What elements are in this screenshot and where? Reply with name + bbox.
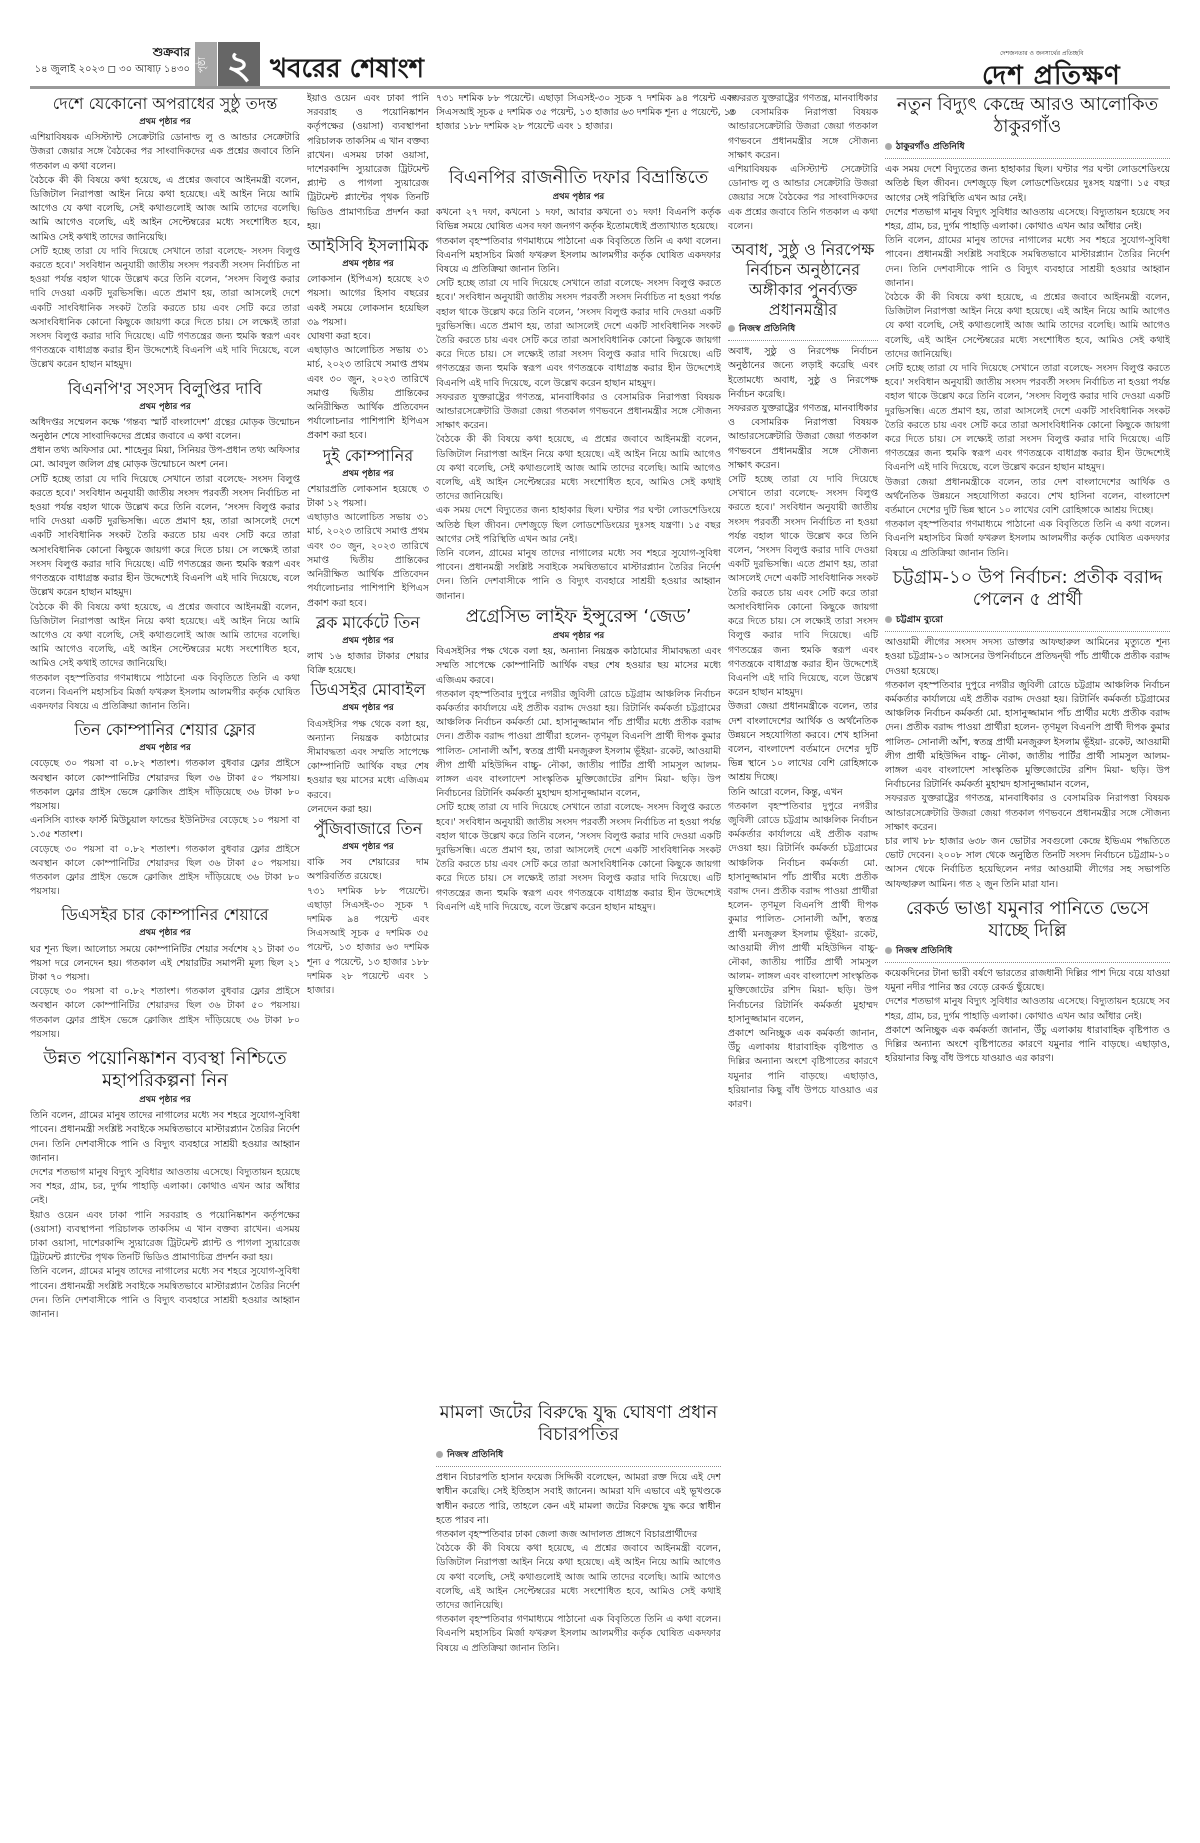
paragraph: সেটি হচ্ছে তারা যে দাবি দিয়েছে সেখানে ত… xyxy=(728,473,878,700)
bullet-icon xyxy=(885,143,892,150)
continued-label: প্রথম পৃষ্ঠার পর xyxy=(307,701,429,715)
issue-date: ১৪ জুলাই ২০২৩ ◻ ৩০ আষাঢ় ১৪৩০ xyxy=(35,62,190,79)
column-5: নতুন বিদ্যুৎ কেন্দ্রে আরও আলোকিত ঠাকুরগা… xyxy=(885,92,1170,1837)
issue-day: শুক্রবার xyxy=(153,44,190,64)
paragraph: লেনদেন করা হয়। xyxy=(307,803,429,817)
column-4: সফররত যুক্তরাষ্ট্রের গণতন্ত্র, মানবাধিকা… xyxy=(728,92,878,1837)
headline: তিন কোম্পানির শেয়ার ফ্লোর xyxy=(30,720,300,740)
paragraph: গতকাল বৃহস্পতিবার দুপুরে নগরীর জুবিলী রো… xyxy=(436,688,721,802)
paragraph: উজরা জেয়া প্রধানমন্ত্রীকে বলেন, তার দেশ… xyxy=(728,700,878,785)
headline-dse-mobile: ডিএসইর মোবাইল xyxy=(307,680,429,700)
continued-label: প্রথম পৃষ্ঠার পর xyxy=(30,741,300,755)
market-index-column: ৭৩১ দশমিক ৮৮ পয়েন্টে। এছাড়া সিএসই-৩০ স… xyxy=(436,92,736,162)
article-three-company-floor: তিন কোম্পানির শেয়ার ফ্লোর প্রথম পৃষ্ঠার… xyxy=(30,720,300,899)
headline-fair-election: অবাধ, সুষ্ঠু ও নিরপেক্ষ নির্বাচন অনুষ্ঠা… xyxy=(728,240,878,320)
paragraph: কখনো ২৭ দফা, কখনো ১ দফা, আবার কখনো ৩১ দফ… xyxy=(436,206,721,234)
paragraph: তিনি বলেন, গ্রামের মানুষ তাদের নাগালের ম… xyxy=(885,234,1170,291)
paragraph: শেয়ারপ্রতি লোকসান হয়েছে ৩ টাকা ১২ পয়স… xyxy=(307,483,429,511)
paragraph: ইয়াও ওয়েন এবং ঢাকা পানি সরবরাহ ও পয়োন… xyxy=(307,92,429,234)
headline: মামলা জটের বিরুদ্ধে যুদ্ধ ঘোষণা প্রধান ব… xyxy=(436,1402,721,1446)
headline: চট্টগ্রাম-১০ উপ নির্বাচন: প্রতীক বরাদ্দ … xyxy=(885,567,1170,611)
byline: নিজস্ব প্রতিনিধি xyxy=(885,944,1170,963)
byline: নিজস্ব প্রতিনিধি xyxy=(436,1448,721,1467)
paragraph: প্রকাশে অনিচ্ছুক এক কর্মকর্তা জানান, উঁচ… xyxy=(885,1024,1170,1067)
paragraph: অধিদপ্তর সম্মেলন কক্ষে ‘গন্তব্য স্মার্ট … xyxy=(30,416,300,444)
headline-progressive-life: প্রগ্রেসিভ লাইফ ইন্সুরেন্স ‘জেড’ xyxy=(436,606,721,628)
page-number: ২ xyxy=(218,42,260,88)
paragraph: সেটি হচ্ছে তারা যে দাবি দিয়েছে সেখানে ত… xyxy=(885,362,1170,476)
byline: চট্টগ্রাম ব্যুরো xyxy=(885,613,1170,632)
paragraph: সফররত যুক্তরাষ্ট্রের গণতন্ত্র, মানবাধিকা… xyxy=(885,792,1170,835)
headline: রেকর্ড ভাঙা যমুনার পানিতে ভেসে যাচ্ছে দি… xyxy=(885,898,1170,942)
paragraph: প্রধান বিচারপতি হাসান ফয়েজ সিদ্দিকী বলে… xyxy=(436,1471,721,1528)
paragraph: প্রধান তথ্য অফিসার মো. শাহেনুর মিয়া, সি… xyxy=(30,444,300,472)
paragraph: সেটি হচ্ছে তারা যে দাবি দিয়েছে সেখানে ত… xyxy=(30,245,300,373)
byline: ঠাকুরগাঁও প্রতিনিধি xyxy=(885,140,1170,159)
paragraph: বিএসইসির পক্ষ থেকে বলা হয়, অন্যান্য নিয… xyxy=(436,645,721,688)
continued-label: প্রথম পৃষ্ঠার পর xyxy=(30,926,300,940)
continued-label: প্রথম পৃষ্ঠার পর xyxy=(30,115,300,129)
paragraph: বাকি সব শেয়ারের দাম অপরিবর্তিত রয়েছে। xyxy=(307,856,429,884)
continued-label: প্রথম পৃষ্ঠার পর xyxy=(307,257,429,271)
paragraph: এক সময় দেশে বিদ্যুতের জন্য হাহাকার ছিল।… xyxy=(436,504,721,547)
headline-bnp-politics: বিএনপির রাজনীতি দফার বিভ্রান্তিতে xyxy=(436,167,721,189)
paragraph: ঘর শূন্য ছিল। আলোচ্য সময়ে কোম্পানিটির শ… xyxy=(30,943,300,986)
paragraph: অবাধ, সুষ্ঠু ও নিরপেক্ষ নির্বাচন অনুষ্ঠা… xyxy=(728,345,878,402)
column-3: বিএনপির রাজনীতি দফার বিভ্রান্তিতে প্রথম … xyxy=(436,165,721,1415)
column-1: দেশে যেকোনো অপরাধের সুষ্ঠু তদন্ত প্রথম প… xyxy=(30,92,300,1837)
masthead: শুক্রবার ১৪ জুলাই ২০২৩ ◻ ৩০ আষাঢ় ১৪৩০ প… xyxy=(0,0,1200,88)
headline: উন্নত পয়োনিষ্কাশন ব্যবস্থা নিশ্চিতে মহা… xyxy=(30,1048,300,1092)
paragraph: আওয়ামী লীগের সংসদ সদস্য ডাক্তার আফছারুল… xyxy=(885,636,1170,679)
paragraph: এশিয়াবিষয়ক এসিস্ট্যান্ট সেক্রেটারি ডোন… xyxy=(30,131,300,174)
article-thakurgaon-power: নতুন বিদ্যুৎ কেন্দ্রে আরও আলোকিত ঠাকুরগা… xyxy=(885,94,1170,561)
masthead-rule xyxy=(30,86,1170,89)
paragraph: সফররত যুক্তরাষ্ট্রের গণতন্ত্র, মানবাধিকা… xyxy=(436,391,721,434)
paragraph: ৭৩১ দশমিক ৮৮ পয়েন্টে। এছাড়া সিএসই-৩০ স… xyxy=(436,92,736,135)
paragraph: লোকসান (ইপিএস) হয়েছে ২৩ পয়সা। আগের হিস… xyxy=(307,273,429,330)
article-dse-four-company: ডিএসইর চার কোম্পানির শেয়ারে প্রথম পৃষ্ঠ… xyxy=(30,905,300,1042)
continued-label: প্রথম পৃষ্ঠার পর xyxy=(307,467,429,481)
paragraph: তিনি বলেন, গ্রামের মানুষ তাদের নাগালের ম… xyxy=(30,1265,300,1322)
paragraph: দেশের শতভাগ মানুষ বিদ্যুৎ সুবিধার আওতায়… xyxy=(30,1166,300,1209)
paragraph: বৈঠকে কী কী বিষয়ে কথা হয়েছে, এ প্রশ্নে… xyxy=(436,433,721,504)
article-crime-probe: দেশে যেকোনো অপরাধের সুষ্ঠু তদন্ত প্রথম প… xyxy=(30,94,300,373)
paragraph: এক সময় দেশে বিদ্যুতের জন্য হাহাকার ছিল।… xyxy=(885,163,1170,206)
paragraph: বৈঠকে কী কী বিষয়ে কথা হয়েছে, এ প্রশ্নে… xyxy=(30,601,300,672)
continued-label: প্রথম পৃষ্ঠার পর xyxy=(30,1093,300,1107)
paragraph: সেটি হচ্ছে তারা যে দাবি দিয়েছে সেখানে ত… xyxy=(30,473,300,601)
headline-two-company: দুই কোম্পানির xyxy=(307,446,429,466)
paragraph: বৈঠকে কী কী বিষয়ে কথা হয়েছে, এ প্রশ্নে… xyxy=(30,174,300,245)
paragraph: এছাড়াও আলোচিত সভায় ৩১ মার্চ, ২০২৩ তারি… xyxy=(307,344,429,443)
paragraph: গতকাল বৃহস্পতিবার ঢাকা জেলা জজ আদালত প্র… xyxy=(436,1528,721,1542)
continued-label: প্রথম পৃষ্ঠার পর xyxy=(307,840,429,854)
bullet-icon xyxy=(436,1451,443,1458)
article-chief-justice: মামলা জটের বিরুদ্ধে যুদ্ধ ঘোষণা প্রধান ব… xyxy=(436,1400,721,1840)
headline-block-market: ব্লক মার্কেটে তিন xyxy=(307,613,429,633)
continued-label: প্রথম পৃষ্ঠার পর xyxy=(307,634,429,648)
paragraph: গতকাল বৃহস্পতিবার দুপুরে নগরীর জুবিলী রো… xyxy=(728,800,878,1027)
paragraph: দেশের শতভাগ মানুষ বিদ্যুৎ সুবিধার আওতায়… xyxy=(885,206,1170,234)
continued-label: প্রথম পৃষ্ঠার পর xyxy=(436,190,721,204)
article-yamuna-delhi: রেকর্ড ভাঙা যমুনার পানিতে ভেসে যাচ্ছে দি… xyxy=(885,898,1170,1067)
paragraph: সফররত যুক্তরাষ্ট্রের গণতন্ত্র, মানবাধিকা… xyxy=(728,92,878,163)
paragraph: বৈঠকে কী কী বিষয়ে কথা হয়েছে, এ প্রশ্নে… xyxy=(885,291,1170,362)
paragraph: এশিয়াবিষয়ক এসিস্ট্যান্ট সেক্রেটারি ডোন… xyxy=(728,163,878,234)
headline: দেশে যেকোনো অপরাধের সুষ্ঠু তদন্ত xyxy=(30,94,300,114)
paragraph: গতকাল বৃহস্পতিবার গণমাধ্যমে পাঠানো এক বি… xyxy=(436,235,721,278)
paragraph: গতকাল বৃহস্পতিবার দুপুরে নগরীর জুবিলী রো… xyxy=(885,679,1170,793)
paragraph: বৈঠকে কী কী বিষয়ে কথা হয়েছে, এ প্রশ্নে… xyxy=(436,1542,721,1613)
paragraph: গতকাল বৃহস্পতিবার গণমাধ্যমে পাঠানো এক বি… xyxy=(30,672,300,715)
paragraph: তিনি বলেন, গ্রামের মানুষ তাদের নাগালের ম… xyxy=(30,1109,300,1166)
paragraph: সেটি হচ্ছে তারা যে দাবি দিয়েছে সেখানে ত… xyxy=(436,801,721,915)
paragraph: তিনি আরো বলেন, কিন্তু, এখন xyxy=(728,786,878,800)
paragraph: সেটি হচ্ছে তারা যে দাবি দিয়েছে সেখানে ত… xyxy=(436,277,721,391)
headline: বিএনপি'র সংসদ বিলুপ্তির দাবি xyxy=(30,379,300,399)
paragraph: বিএসইসির পক্ষ থেকে বলা হয়, অন্যান্য নিয… xyxy=(307,718,429,803)
bullet-icon xyxy=(885,947,892,954)
paragraph: ইয়াও ওয়েন এবং ঢাকা পানি সরবরাহ ও পয়োন… xyxy=(30,1209,300,1266)
bullet-icon xyxy=(728,325,735,332)
headline-icb-islamic: আইসিবি ইসলামিক xyxy=(307,236,429,256)
paragraph: লাখ ১৬ হাজার টাকার শেয়ার বিক্রি হয়েছে। xyxy=(307,650,429,678)
byline: নিজস্ব প্রতিনিধি xyxy=(728,322,878,341)
paragraph: দেশের শতভাগ মানুষ বিদ্যুৎ সুবিধার আওতায়… xyxy=(885,995,1170,1023)
continued-label: প্রথম পৃষ্ঠার পর xyxy=(30,400,300,414)
paragraph: এনসিসি ব্যাংক ফার্স্ট মিউচুয়াল ফান্ডের … xyxy=(30,814,300,842)
paragraph: বেড়েছে ৩০ পয়সা বা ০.৮২ শতাংশ। গতকাল বু… xyxy=(30,985,300,1042)
paragraph: ৭৩১ দশমিক ৮৮ পয়েন্টে। এছাড়া সিএসই-৩০ স… xyxy=(307,885,429,999)
article-ctg10-byelection: চট্টগ্রাম-১০ উপ নির্বাচন: প্রতীক বরাদ্দ … xyxy=(885,567,1170,892)
paragraph: উজরা জেয়া প্রধানমন্ত্রীকে বলেন, তার দেশ… xyxy=(885,476,1170,519)
page-label: পৃষ্ঠা xyxy=(195,42,217,88)
bullet-icon xyxy=(885,616,892,623)
paragraph: বেড়েছে ৩০ পয়সা বা ০.৮২ শতাংশ। গতকাল বু… xyxy=(30,843,300,900)
continued-label: প্রথম পৃষ্ঠার পর xyxy=(436,629,721,643)
paragraph: প্রকাশে অনিচ্ছুক এক কর্মকর্তা জানান, উঁচ… xyxy=(728,1027,878,1112)
headline: নতুন বিদ্যুৎ কেন্দ্রে আরও আলোকিত ঠাকুরগা… xyxy=(885,94,1170,138)
paragraph: চার লাখ ৮৮ হাজার ৬৩৮ জন ভোটার সবগুলো কেন… xyxy=(885,835,1170,892)
paragraph: ঘোষণা করা হবে। xyxy=(307,330,429,344)
article-parliament-dissolution: বিএনপি'র সংসদ বিলুপ্তির দাবি প্রথম পৃষ্ঠ… xyxy=(30,379,300,714)
article-sewerage-masterplan: উন্নত পয়োনিষ্কাশন ব্যবস্থা নিশ্চিতে মহা… xyxy=(30,1048,300,1322)
paragraph: বেড়েছে ৩০ পয়সা বা ০.৮২ শতাংশ। গতকাল বু… xyxy=(30,757,300,814)
paragraph: গতকাল বৃহস্পতিবার গণমাধ্যমে পাঠানো এক বি… xyxy=(436,1613,721,1656)
paragraph: গতকাল বৃহস্পতিবার গণমাধ্যমে পাঠানো এক বি… xyxy=(885,518,1170,561)
headline: ডিএসইর চার কোম্পানির শেয়ারে xyxy=(30,905,300,925)
column-2: ইয়াও ওয়েন এবং ঢাকা পানি সরবরাহ ও পয়োন… xyxy=(307,92,429,1837)
paragraph: এছাড়াও আলোচিত সভায় ৩১ মার্চ, ২০২৩ তারি… xyxy=(307,511,429,610)
paragraph: কয়েকদিনের টানা ভারী বর্ষণে ভারতের রাজধা… xyxy=(885,967,1170,995)
paragraph: তিনি বলেন, গ্রামের মানুষ তাদের নাগালের ম… xyxy=(436,547,721,604)
paragraph: সফররত যুক্তরাষ্ট্রের গণতন্ত্র, মানবাধিকা… xyxy=(728,402,878,473)
headline-capital-market-three: পুঁজিবাজারে তিন xyxy=(307,819,429,839)
